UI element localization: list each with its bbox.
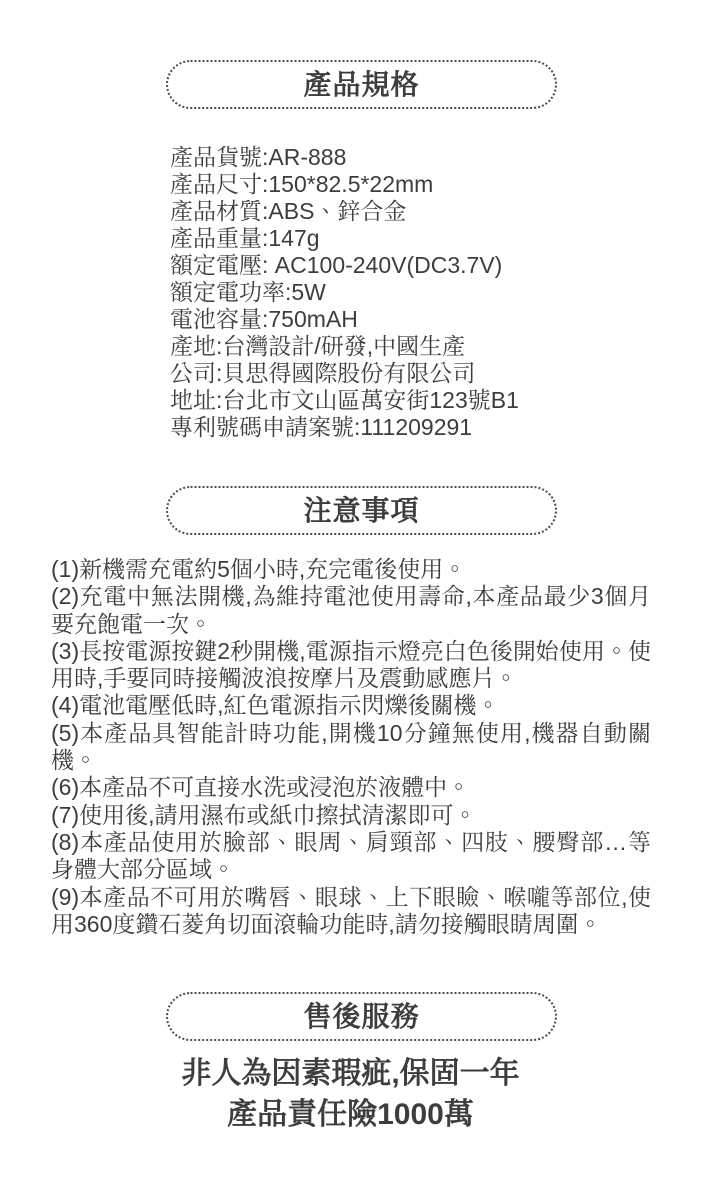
- spec-item-origin: 產地:台灣設計/研發,中國生產: [170, 333, 671, 360]
- spec-item-dimensions: 產品尺寸:150*82.5*22mm: [170, 171, 671, 198]
- spec-item-address: 地址:台北市文山區萬安街123號B1: [170, 387, 671, 414]
- specs-section-title: 產品規格: [303, 71, 419, 99]
- notice-item-3: (3)長按電源按鍵2秒開機,電源指示燈亮白色後開始使用。使用時,手要同時接觸波浪…: [51, 638, 651, 693]
- service-section-header: 售後服務: [166, 992, 557, 1041]
- notice-section-header: 注意事項: [166, 486, 557, 535]
- notice-item-8: (8)本產品使用於臉部、眼周、肩頸部、四肢、腰臀部…等身體大部分區域。: [51, 829, 651, 884]
- spec-item-battery: 電池容量:750mAH: [170, 306, 671, 333]
- spec-item-material: 產品材質:ABS、鋅合金: [170, 198, 671, 225]
- notice-section-title: 注意事項: [303, 497, 419, 525]
- notice-item-6: (6)本產品不可直接水洗或浸泡於液體中。: [51, 774, 651, 801]
- specs-list: 產品貨號:AR-888 產品尺寸:150*82.5*22mm 產品材質:ABS、…: [170, 144, 671, 441]
- notice-item-5: (5)本產品具智能計時功能,開機10分鐘無使用,機器自動關機。: [51, 720, 651, 775]
- warranty-line-1: 非人為因素瑕疵,保固一年: [0, 1053, 701, 1094]
- product-info-page: 產品規格 產品貨號:AR-888 產品尺寸:150*82.5*22mm 產品材質…: [0, 0, 701, 1200]
- notice-item-1: (1)新機需充電約5個小時,充完電後使用。: [51, 556, 651, 583]
- spec-item-product-code: 產品貨號:AR-888: [170, 144, 671, 171]
- spec-item-rated-power: 額定電功率:5W: [170, 279, 671, 306]
- notice-item-7: (7)使用後,請用濕布或紙巾擦拭清潔即可。: [51, 802, 651, 829]
- notice-item-4: (4)電池電壓低時,紅色電源指示閃爍後關機。: [51, 692, 651, 719]
- spec-item-weight: 產品重量:147g: [170, 225, 671, 252]
- warranty-line-2: 產品責任險1000萬: [0, 1094, 701, 1135]
- spec-item-patent-number: 專利號碼申請案號:111209291: [170, 414, 671, 441]
- spec-item-rated-voltage: 額定電壓: AC100-240V(DC3.7V): [170, 252, 671, 279]
- notice-item-9: (9)本產品不可用於嘴唇、眼球、上下眼瞼、喉嚨等部位,使用360度鑽石菱角切面滾…: [51, 884, 651, 939]
- spec-item-company: 公司:貝思得國際股份有限公司: [170, 360, 671, 387]
- notice-list: (1)新機需充電約5個小時,充完電後使用。 (2)充電中無法開機,為維持電池使用…: [51, 556, 651, 938]
- warranty-statement: 非人為因素瑕疵,保固一年 產品責任險1000萬: [0, 1053, 701, 1135]
- notice-item-2: (2)充電中無法開機,為維持電池使用壽命,本產品最少3個月要充飽電一次。: [51, 583, 651, 638]
- service-section-title: 售後服務: [303, 1003, 419, 1031]
- specs-section-header: 產品規格: [166, 60, 557, 109]
